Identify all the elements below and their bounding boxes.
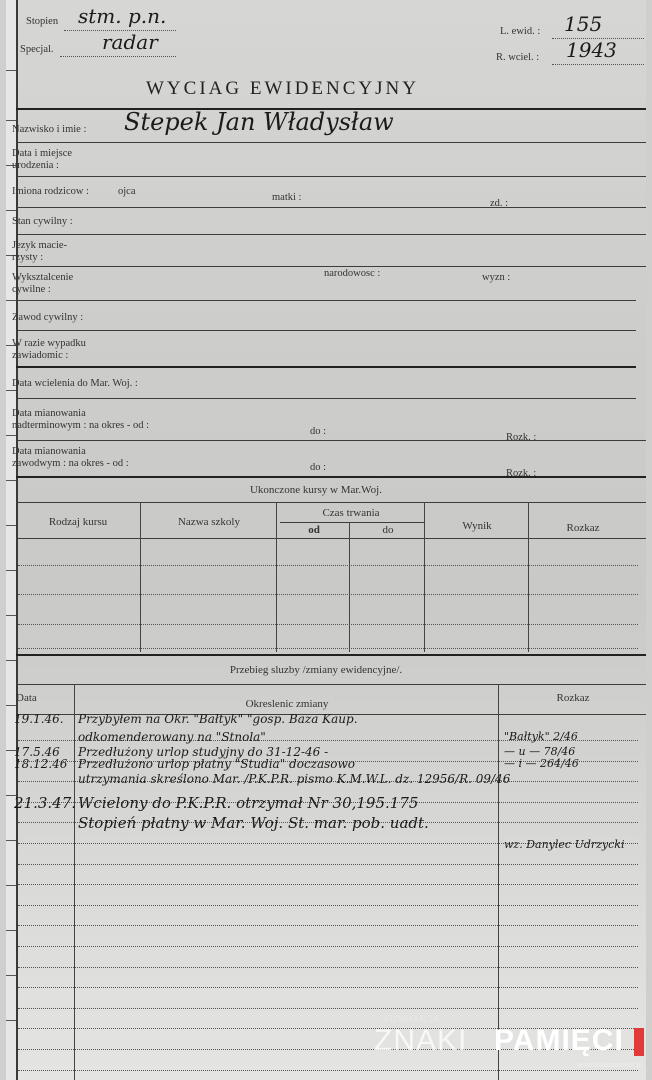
row-order: — i — 264/46 [504,757,579,770]
row-change: Wcielony do P.K.P.R. otrzymał Nr 30,195.… [78,794,418,812]
col-okreslenie-zmiany: Okreslenic zmiany [76,698,498,710]
row-date: 21.3.47. [14,794,76,812]
col-wynik: Wynik [426,520,528,532]
data-urodzenia-label: Data i miejsce [12,148,72,159]
wcielenie-label: Data wcielenia do Mar. Woj. : [12,378,138,389]
courses-section-title: Ukonczone kursy w Mar.Woj. [196,484,436,496]
matki-label: matki : [272,192,301,203]
wypadek-label: W razie wypadku [12,338,86,349]
watermark-text-1: ZNAKI [374,1024,467,1058]
watermark-text-2: PAMIĘCI [494,1024,624,1058]
watermark-small-text: FUNDACJA [384,1014,440,1024]
row-change: Przybyłem na Okr. "Bałtyk" "gosp. Baza K… [78,712,358,726]
mianowanie-zawodowe-label: Data mianowania [12,446,86,457]
imiona-label: Imiona rodzicow : [12,186,89,197]
wyksztalcenie-label-2: cywilne : [12,284,51,295]
specjal-label: Specjal. [20,44,54,55]
service-section-title: Przebieg sluzby /zmiany ewidencyjne/. [166,664,466,676]
l-ewid-label: L. ewid. : [500,26,540,37]
row-change: utrzymania skreślono Mar. /P.K.P.R. pism… [78,772,510,786]
col-do: do [352,524,424,536]
watermark-red-bar [634,1028,644,1056]
specjal-value: radar [102,30,158,54]
r-wciel-value: 1943 [566,38,617,62]
mianowanie-nadterminowe-label-2: nadterminowym : na okres - od : [12,420,149,431]
r-wciel-label: R. wciel. : [496,52,539,63]
stopien-value: stm. p.n. [78,4,166,28]
jezyk-label: Jezyk macie- [12,240,67,251]
do-label: do : [310,426,326,437]
row-change: Stopień płatny w Mar. Woj. St. mar. pob.… [78,814,429,832]
wyksztalcenie-label: Wyksztalcenie [12,272,73,283]
col-nazwa-szkoly: Nazwa szkoly [142,516,276,528]
nazwisko-value: Stepek Jan Władysław [124,108,394,136]
row-order: "Bałtyk" 2/46 [504,730,578,743]
col-data: Data [16,692,56,704]
narodowosc-label: narodowosc : [324,268,380,279]
col-od: od [278,524,350,536]
row-date: 18.12.46 [14,757,67,771]
jezyk-label-2: rzysty : [12,252,43,263]
stopien-label: Stopien [26,16,58,27]
row-change: odkomenderowany na "Stnola" [78,730,266,744]
l-ewid-value: 155 [564,12,602,36]
col-rodzaj-kursu: Rodzaj kursu [16,516,140,528]
mianowanie-nadterminowe-label: Data mianowania [12,408,86,419]
row-order: wz. Danylec Udrzycki [504,838,625,851]
mianowanie-zawodowe-label-2: zawodwym : na okres - od : [12,458,129,469]
col-rozkaz-service: Rozkaz [500,692,646,704]
zawod-label: Zawod cywilny : [12,312,83,323]
page-title: WYCIAG EWIDENCYJNY [146,78,419,100]
ojca-label: ojca [118,186,136,197]
row-change: Przedłużono urlop płatny "Studia" doczas… [78,757,355,771]
wyzn-label: wyzn : [482,272,510,283]
watermark-logo: FUNDACJA ZNAKI PAMIĘCI www.znakipamieci.… [374,1022,650,1064]
nazwisko-label: Nazwisko i imie : [12,124,86,135]
watermark-url: www.znakipamieci.pl [577,1062,642,1069]
wypadek-label-2: zawiadomic : [12,350,68,361]
col-czas-trwania: Czas trwania [278,507,424,519]
data-urodzenia-label-2: urodzenia : [12,160,59,171]
rozk-label: Rozk. : [506,432,536,443]
document-page: Stopien stm. p.n. Specjal. radar L. ewid… [6,0,646,1080]
row-date: 19.1.46. [14,712,64,726]
do-label-2: do : [310,462,326,473]
col-rozkaz: Rozkaz [530,522,636,534]
stan-cywilny-label: Stan cywilny : [12,216,73,227]
